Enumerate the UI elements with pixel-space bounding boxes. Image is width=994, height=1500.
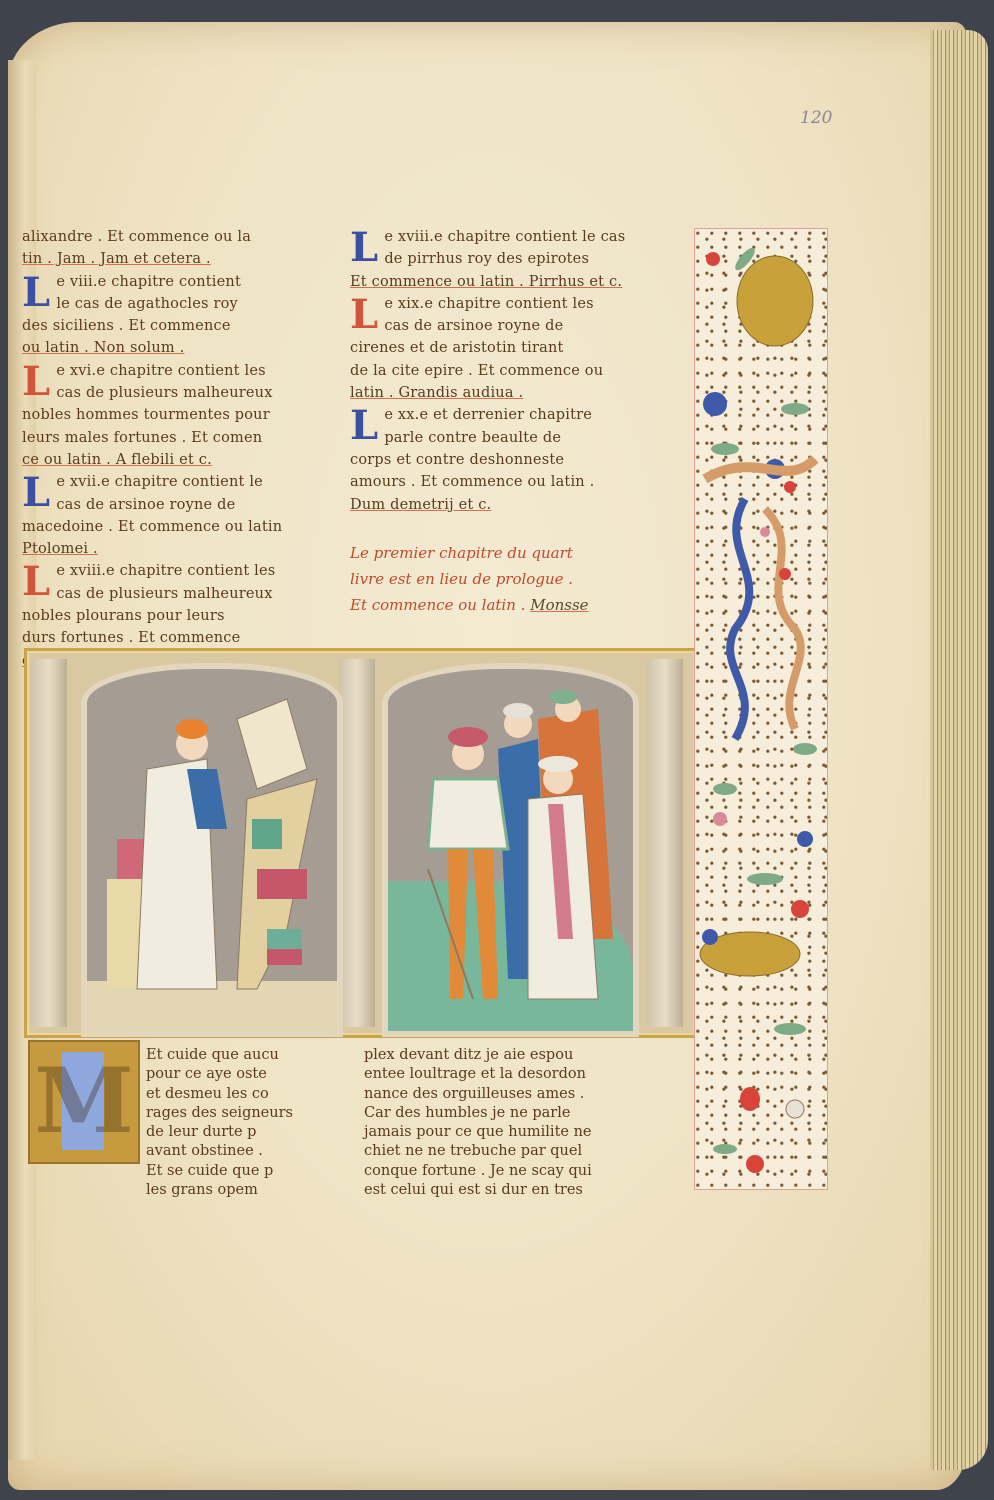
text-line: tin . Jam . Jam et cetera . bbox=[22, 248, 312, 270]
text-line: entee loultrage et la desordon bbox=[364, 1065, 592, 1084]
text-line: des siciliens . Et commence bbox=[22, 315, 312, 337]
chapter-heading-line: Le xviii.e chapitre contient le cas bbox=[350, 226, 690, 248]
chapter-heading-line: Le xvii.e chapitre contient le bbox=[22, 471, 312, 493]
gothic-pillar bbox=[31, 659, 67, 1027]
gothic-pillar bbox=[647, 659, 683, 1027]
text-line: alixandre . Et commence ou la bbox=[22, 226, 312, 248]
page-edge-stack bbox=[930, 30, 988, 1470]
decorated-initial: L bbox=[22, 473, 50, 513]
decorated-initial: L bbox=[350, 406, 378, 446]
text-line: conque fortune . Je ne scay qui bbox=[364, 1162, 592, 1181]
text-line: Et commence ou latin . Pirrhus et c. bbox=[350, 271, 690, 293]
decorated-initial: L bbox=[350, 228, 378, 268]
chapter-rubric: Le premier chapitre du quart livre est e… bbox=[350, 540, 589, 618]
floral-border bbox=[694, 228, 828, 1190]
chapter-heading-line: Le viii.e chapitre contient bbox=[22, 271, 312, 293]
text-line: plex devant ditz je aie espou bbox=[364, 1046, 592, 1065]
text-line: cas de plusieurs malheureux bbox=[22, 583, 312, 605]
text-line: est celui qui est si dur en tres bbox=[364, 1181, 592, 1200]
text-line: nobles plourans pour leurs bbox=[22, 605, 312, 627]
initial-letter: M bbox=[30, 1042, 138, 1160]
text-line: pour ce aye oste bbox=[146, 1065, 293, 1084]
text-line: rages des seigneurs bbox=[146, 1104, 293, 1123]
right-text-column: Le xviii.e chapitre contient le casde pi… bbox=[350, 226, 690, 516]
chapter-heading-line: Le xx.e et derrenier chapitre bbox=[350, 404, 690, 426]
left-arched-bay bbox=[81, 663, 343, 1037]
courtiers-group bbox=[398, 679, 628, 1019]
text-line: Ptolomei . bbox=[22, 538, 312, 560]
chapter-heading-line: Le xviii.e chapitre contient les bbox=[22, 560, 312, 582]
decorated-initial: L bbox=[22, 362, 50, 402]
text-line: avant obstinee . bbox=[146, 1142, 293, 1161]
text-line: jamais pour ce que humilite ne bbox=[364, 1123, 592, 1142]
text-line: nance des orguilleuses ames . bbox=[364, 1085, 592, 1104]
text-line: chiet ne ne trebuche par quel bbox=[364, 1142, 592, 1161]
decorated-initial: L bbox=[350, 295, 378, 335]
text-line: de pirrhus roy des epirotes bbox=[350, 248, 690, 270]
incipit: Monsse bbox=[530, 596, 588, 614]
text-line: cas de plusieurs malheureux bbox=[22, 382, 312, 404]
text-line: de la cite epire . Et commence ou bbox=[350, 360, 690, 382]
decorated-initial: L bbox=[22, 273, 50, 313]
text-line: corps et contre deshonneste bbox=[350, 449, 690, 471]
text-line: Car des humbles je ne parle bbox=[364, 1104, 592, 1123]
text-line: Et se cuide que p bbox=[146, 1162, 293, 1181]
butterfly-icon bbox=[737, 256, 813, 346]
text-line: ou latin . Non solum . bbox=[22, 337, 312, 359]
text-line: latin . Grandis audiua . bbox=[350, 382, 690, 404]
text-line: et desmeu les co bbox=[146, 1085, 293, 1104]
text-line: Et cuide que aucu bbox=[146, 1046, 293, 1065]
scholar-figure bbox=[107, 689, 327, 1009]
rubric-line: livre est en lieu de prologue . bbox=[350, 566, 589, 592]
text-line: ce ou latin . A flebili et c. bbox=[22, 449, 312, 471]
folio-number: 120 bbox=[800, 108, 832, 128]
text-line: cas de arsinoe royne de bbox=[350, 315, 690, 337]
text-line: leurs males fortunes . Et comen bbox=[22, 427, 312, 449]
text-line: de leur durte p bbox=[146, 1123, 293, 1142]
lower-left-text: Et cuide que aucu pour ce aye oste et de… bbox=[146, 1046, 293, 1200]
text-line: Dum demetrij et c. bbox=[350, 494, 690, 516]
text-line: durs fortunes . Et commence bbox=[22, 627, 312, 649]
chapter-heading-line: Le xix.e chapitre contient les bbox=[350, 293, 690, 315]
miniature-painting bbox=[24, 648, 698, 1038]
lower-right-text: plex devant ditz je aie espou entee loul… bbox=[364, 1046, 592, 1200]
text-line: cas de arsinoe royne de bbox=[22, 494, 312, 516]
text-line: cirenes et de aristotin tirant bbox=[350, 337, 690, 359]
rubric-line: Et commence ou latin . Monsse bbox=[350, 592, 589, 618]
text-line: parle contre beaulte de bbox=[350, 427, 690, 449]
text-line: le cas de agathocles roy bbox=[22, 293, 312, 315]
text-line: macedoine . Et commence ou latin bbox=[22, 516, 312, 538]
right-arched-bay bbox=[382, 663, 639, 1037]
chapter-heading-line: Le xvi.e chapitre contient les bbox=[22, 360, 312, 382]
decorated-initial: L bbox=[22, 562, 50, 602]
rubric-line: Le premier chapitre du quart bbox=[350, 540, 589, 566]
text-line: amours . Et commence ou latin . bbox=[350, 471, 690, 493]
left-text-column: alixandre . Et commence ou latin . Jam .… bbox=[22, 226, 312, 672]
text-line: nobles hommes tourmentes pour bbox=[22, 404, 312, 426]
gothic-pillar bbox=[339, 659, 375, 1027]
border-ornament bbox=[695, 229, 827, 1189]
text-line: les grans opem bbox=[146, 1181, 293, 1200]
illuminated-drop-initial: M bbox=[28, 1040, 140, 1164]
